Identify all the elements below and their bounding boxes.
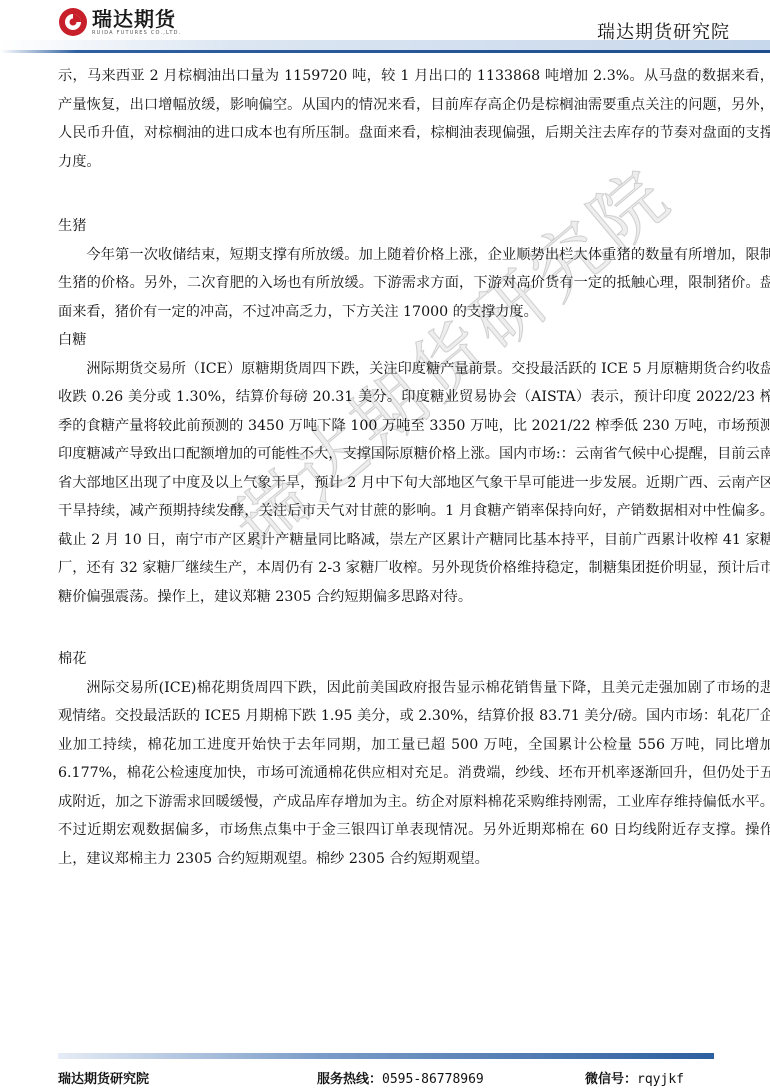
company-logo: 瑞达期货 RUIDA FUTURES CO.,LTD. bbox=[58, 4, 181, 40]
section-cotton: 棉花 洲际交易所(ICE)棉花期货周四下跌，因此前美国政府报告显示棉花销售量下降… bbox=[58, 645, 770, 873]
paragraph: 示，马来西亚 2 月棕榈油出口量为 1159720 吨，较 1 月出口的 113… bbox=[58, 62, 770, 176]
footer-org: 瑞达期货研究院 bbox=[58, 1068, 149, 1087]
paragraph: 今年第一次收储结束，短期支撑有所放缓。加上随着价格上涨，企业顺势出栏大体重猪的数… bbox=[58, 241, 770, 327]
page-header: 瑞达期货 RUIDA FUTURES CO.,LTD. 瑞达期货研究院 bbox=[0, 0, 770, 50]
header-divider bbox=[0, 40, 770, 54]
wechat-id: rqyjkf bbox=[637, 1072, 684, 1087]
page-footer: 瑞达期货研究院 服务热线：0595-86778969 微信号：rqyjkf bbox=[58, 1068, 714, 1088]
wechat-label: 微信号： bbox=[585, 1072, 637, 1087]
logo-english-name: RUIDA FUTURES CO.,LTD. bbox=[92, 30, 181, 37]
section-title: 棉花 bbox=[58, 645, 770, 674]
section-palm-oil: 示，马来西亚 2 月棕榈油出口量为 1159720 吨，较 1 月出口的 113… bbox=[58, 62, 770, 176]
section-title: 白糖 bbox=[58, 326, 770, 355]
paragraph: 洲际交易所(ICE)棉花期货周四下跌，因此前美国政府报告显示棉花销售量下降，且美… bbox=[58, 674, 770, 874]
hotline-label: 服务热线： bbox=[317, 1072, 382, 1087]
document-body: 示，马来西亚 2 月棕榈油出口量为 1159720 吨，较 1 月出口的 113… bbox=[58, 62, 770, 873]
section-sugar: 白糖 洲际期货交易所（ICE）原糖期货周四下跌，关注印度糖产量前景。交投最活跃的… bbox=[58, 326, 770, 611]
logo-mark-icon bbox=[58, 7, 88, 37]
section-live-hogs: 生猪 今年第一次收储结束，短期支撑有所放缓。加上随着价格上涨，企业顺势出栏大体重… bbox=[58, 212, 770, 326]
hotline-number: 0595-86778969 bbox=[382, 1072, 484, 1087]
footer-divider bbox=[58, 1053, 714, 1059]
section-title: 生猪 bbox=[58, 212, 770, 241]
paragraph: 洲际期货交易所（ICE）原糖期货周四下跌，关注印度糖产量前景。交投最活跃的 IC… bbox=[58, 355, 770, 612]
footer-hotline: 服务热线：0595-86778969 bbox=[317, 1068, 484, 1087]
logo-chinese-name: 瑞达期货 bbox=[92, 8, 181, 30]
footer-wechat: 微信号：rqyjkf bbox=[585, 1068, 684, 1087]
